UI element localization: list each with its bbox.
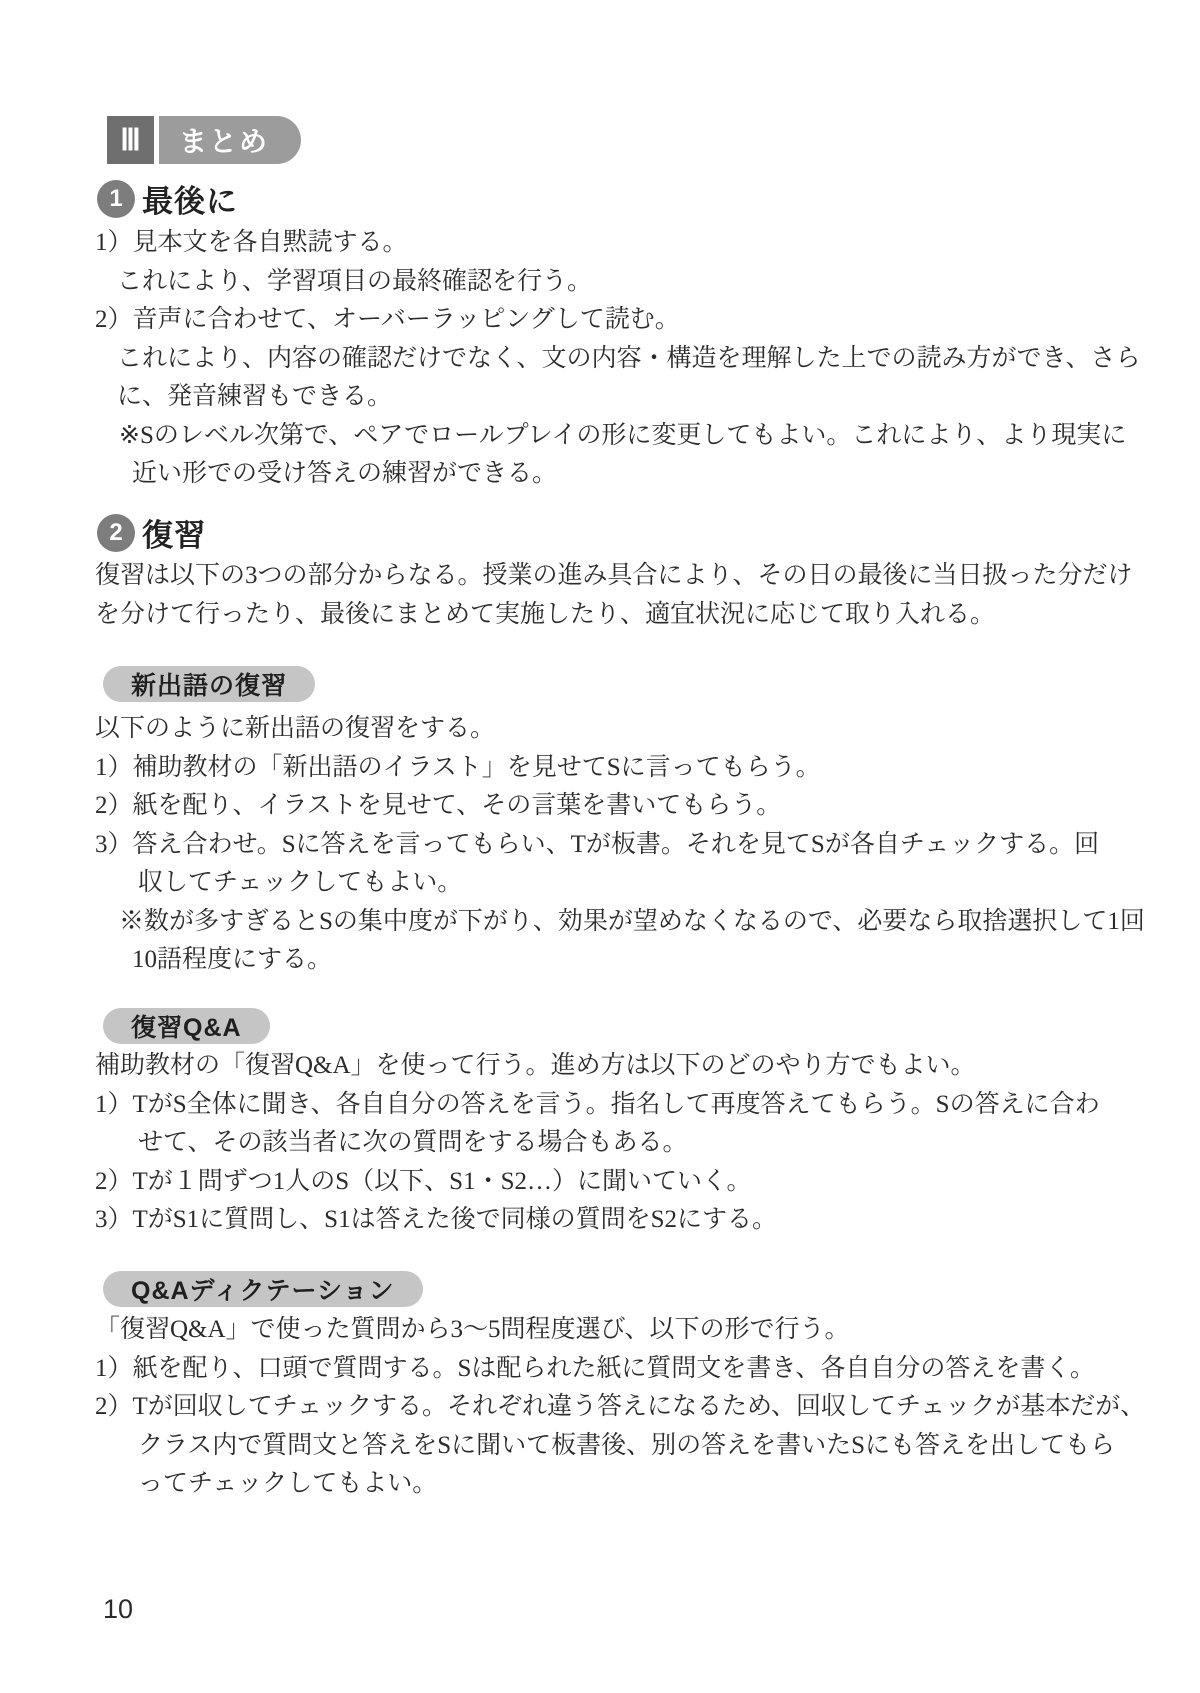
number-circle-2: 2	[97, 514, 135, 552]
note-line: ※Sのレベル次第で、ペアでロールプレイの形に変更してもよい。これにより、より現実…	[95, 417, 1125, 456]
body-line: 1）TがS全体に聞き、各自自分の答えを言う。指名して再度答えてもらう。Sの答えに…	[95, 1086, 1125, 1125]
body-line: 1）見本文を各自黙読する。	[95, 224, 1125, 263]
heading-1: 1 最後に	[97, 176, 238, 221]
body-line: 2）Tが回収してチェックする。それぞれ違う答えになるため、回収してチェックが基本…	[95, 1388, 1125, 1427]
body-line: クラス内で質問文と答えをSに聞いて板書後、別の答えを書いたSにも答えを出してもら	[95, 1427, 1125, 1466]
body-line: これにより、学習項目の最終確認を行う。	[95, 263, 1125, 302]
heading-2: 2 復習	[97, 510, 206, 555]
body-line: ってチェックしてもよい。	[95, 1465, 1125, 1504]
body-line: 3）答え合わせ。Sに答えを言ってもらい、Tが板書。それを見てSが各自チェックする…	[95, 826, 1125, 865]
body-line: 2）Tが１問ずつ1人のS（以下、S1・S2…）に聞いていく。	[95, 1163, 1125, 1202]
section-badge-title: まとめ	[159, 116, 301, 164]
body-line: 復習は以下の3つの部分からなる。授業の進み具合により、その日の最後に当日扱った分…	[95, 557, 1125, 596]
page-number: 10	[103, 1594, 133, 1625]
body-line: 3）TがS1に質問し、S1は答えた後で同様の質問をS2にする。	[95, 1201, 1125, 1240]
heading-1-title: 最後に	[142, 176, 238, 221]
body-line: 以下のように新出語の復習をする。	[95, 710, 1125, 749]
section-2-intro: 復習は以下の3つの部分からなる。授業の進み具合により、その日の最後に当日扱った分…	[95, 557, 1125, 634]
subsection-3-body: 「復習Q&A」で使った質問から3～5問程度選び、以下の形で行う。 1）紙を配り、…	[95, 1311, 1125, 1504]
body-line: 1）紙を配り、口頭で質問する。Sは配られた紙に質問文を書き、各自自分の答えを書く…	[95, 1350, 1125, 1389]
body-line: を分けて行ったり、最後にまとめて実施したり、適宜状況に応じて取り入れる。	[95, 596, 1125, 635]
section-badge: Ⅲ まとめ	[107, 116, 301, 164]
body-line: 2）紙を配り、イラストを見せて、その言葉を書いてもらう。	[95, 787, 1125, 826]
subsection-2-body: 補助教材の「復習Q&A」を使って行う。進め方は以下のどのやり方でもよい。 1）T…	[95, 1047, 1125, 1240]
document-page: Ⅲ まとめ 1 最後に 1）見本文を各自黙読する。 これにより、学習項目の最終確…	[0, 0, 1200, 1693]
section-1-body: 1）見本文を各自黙読する。 これにより、学習項目の最終確認を行う。 2）音声に合…	[95, 224, 1125, 494]
body-line: 「復習Q&A」で使った質問から3～5問程度選び、以下の形で行う。	[95, 1311, 1125, 1350]
body-line: 1）補助教材の「新出語のイラスト」を見せてSに言ってもらう。	[95, 749, 1125, 788]
subsection-1-body: 以下のように新出語の復習をする。 1）補助教材の「新出語のイラスト」を見せてSに…	[95, 710, 1125, 980]
body-line: に、発音練習もできる。	[95, 378, 1125, 417]
note-line: ※数が多すぎるとSの集中度が下がり、効果が望めなくなるので、必要なら取捨選択して…	[95, 903, 1125, 942]
body-line: せて、その該当者に次の質問をする場合もある。	[95, 1124, 1125, 1163]
heading-2-title: 復習	[142, 510, 206, 555]
subheading-pill-fukushu-qa: 復習Q&A	[103, 1008, 270, 1044]
body-line: 2）音声に合わせて、オーバーラッピングして読む。	[95, 301, 1125, 340]
body-line: 収してチェックしてもよい。	[95, 864, 1125, 903]
subheading-pill-shinshutsugo: 新出語の復習	[103, 666, 315, 702]
note-line: 10語程度にする。	[95, 941, 1125, 980]
body-line: 補助教材の「復習Q&A」を使って行う。進め方は以下のどのやり方でもよい。	[95, 1047, 1125, 1086]
note-line: 近い形での受け答えの練習ができる。	[95, 455, 1125, 494]
body-line: これにより、内容の確認だけでなく、文の内容・構造を理解した上での読み方ができ、さ…	[95, 340, 1125, 379]
number-circle-1: 1	[97, 180, 135, 218]
subheading-pill-qa-dictation: Q&Aディクテーション	[103, 1271, 423, 1307]
section-roman-numeral: Ⅲ	[107, 116, 154, 164]
